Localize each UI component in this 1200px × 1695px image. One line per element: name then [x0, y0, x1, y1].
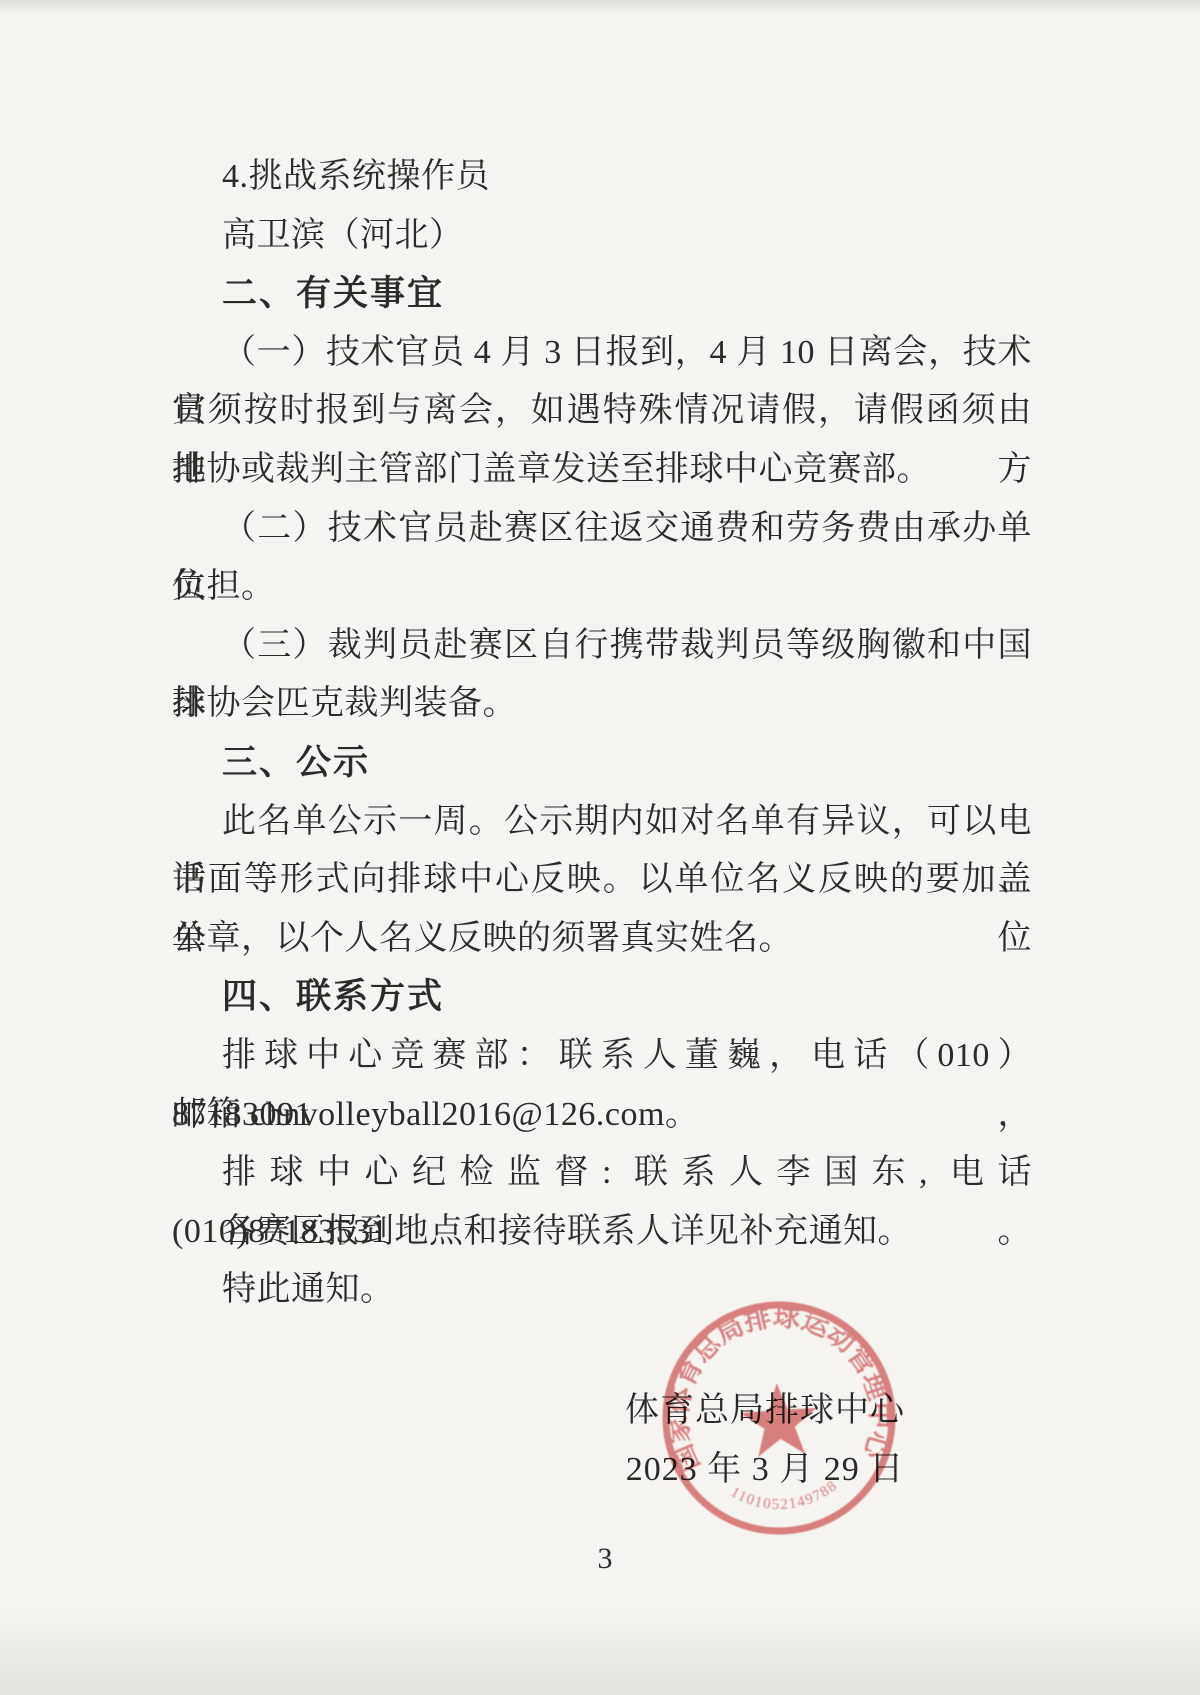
- signature-date: 2023 年 3 月 29 日: [592, 1441, 938, 1490]
- document-line: 三、公示: [172, 734, 1032, 793]
- document-line: 4.挑战系统操作员: [172, 148, 1032, 207]
- document-line: 四、联系方式: [172, 968, 1032, 1027]
- scan-edge-shadow-bottom: [0, 1605, 1200, 1695]
- document-line: 书面等形式向排球中心反映。以单位名义反映的要加盖单位: [172, 851, 1032, 910]
- page-number: 3: [560, 1542, 650, 1576]
- document-line: 负担。: [172, 558, 1032, 617]
- document-line: 球协会匹克裁判装备。: [172, 675, 1032, 734]
- document-line: 排球中心纪检监督: 联系人李国东, 电话(010)87183531。: [172, 1144, 1032, 1203]
- document-line: （一）技术官员 4 月 3 日报到，4 月 10 日离会，技术官: [172, 324, 1032, 383]
- document-line: 员须按时报到与离会，如遇特殊情况请假，请假函须由地方: [172, 382, 1032, 441]
- scan-edge-shadow-top: [0, 0, 1200, 14]
- document-line: 此名单公示一周。公示期内如对名单有异议，可以电话、: [172, 793, 1032, 852]
- document-line: 排球中心竞赛部：联系人董巍，电话（010）87183091，: [172, 1027, 1032, 1086]
- document-line: 特此通知。: [172, 1261, 1032, 1320]
- document-line: （二）技术官员赴赛区往返交通费和劳务费由承办单位: [172, 500, 1032, 559]
- document-line: 高卫滨（河北）: [172, 207, 1032, 266]
- document-line: （三）裁判员赴赛区自行携带裁判员等级胸徽和中国排: [172, 617, 1032, 676]
- document-line: 各赛区报到地点和接待联系人详见补充通知。: [172, 1203, 1032, 1262]
- document-body: 4.挑战系统操作员高卫滨（河北）二、有关事宜（一）技术官员 4 月 3 日报到，…: [172, 148, 1032, 1320]
- document-line: 二、有关事宜: [172, 265, 1032, 324]
- document-line: 排协或裁判主管部门盖章发送至排球中心竞赛部。: [172, 441, 1032, 500]
- signature-organization: 体育总局排球中心: [592, 1382, 938, 1431]
